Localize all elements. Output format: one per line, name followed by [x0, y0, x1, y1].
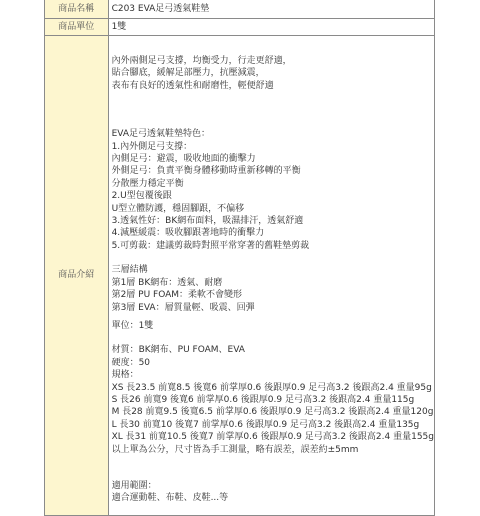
intro-layers: 三層結構 第1層 BK網布：透氣、耐磨 第2層 PU FOAM：柔軟不會變形 第…: [112, 264, 434, 314]
spec-line-m: M 長28 前寬9.5 後寬6.5 前掌厚0.6 後跟厚0.9 足弓高3.2 後…: [112, 406, 434, 418]
layers-title: 三層結構: [112, 264, 434, 276]
layer-line: 第1層 BK網布：透氣、耐磨: [112, 277, 434, 289]
feature-line: 1.內外側足弓支撐：: [112, 141, 434, 153]
feature-line: 2.U型包覆後跟: [112, 190, 434, 202]
summary-line: 貼合腳底，緩解足部壓力，抗壓減震，: [112, 67, 434, 79]
label-product-name: 商品名稱: [45, 0, 109, 19]
intro-unit: 單位：1雙: [112, 320, 434, 332]
spec-note: 以上單為公分，尺寸皆為手工測量，略有誤差，誤差約±5mm: [112, 444, 434, 456]
summary-line: 表布有良好的透氣性和耐磨性，輕便舒適: [112, 80, 434, 92]
value-product-name: C203 EVA足弓透氣鞋墊: [108, 0, 434, 19]
intro-features: EVA足弓透氣鞋墊特色： 1.內外側足弓支撐： 內側足弓：避震，吸收地面的衝擊力…: [112, 128, 434, 252]
unit-line: 單位：1雙: [112, 320, 434, 332]
layer-line: 第3層 EVA：層質量輕、吸震、回彈: [112, 302, 434, 314]
value-product-unit: 1雙: [108, 19, 434, 36]
spec-line-xl: XL 長31 前寬10.5 後寬7 前掌厚0.6 後跟厚0.9 足弓高3.2 後…: [112, 431, 434, 443]
feature-line: 5.可剪裁：建議剪裁時對照平常穿著的舊鞋墊剪裁: [112, 240, 434, 252]
feature-line: 內側足弓：避震，吸收地面的衝擊力: [112, 153, 434, 165]
spec-line-l: L 長30 前寬10 後寬7 前掌厚0.6 後跟厚0.9 足弓高3.2 後跟高2…: [112, 419, 434, 431]
material-line: 材質：BK網布、PU FOAM、EVA: [112, 344, 434, 356]
label-product-unit: 商品單位: [45, 19, 109, 36]
spec-line-s: S 長26 前寬9 後寬6 前掌厚0.6 後跟厚0.9 足弓高3.2 後跟高2.…: [112, 394, 434, 406]
intro-specs: 材質：BK網布、PU FOAM、EVA 硬度：50 規格： XS 長23.5 前…: [112, 344, 434, 456]
spec-line-xs: XS 長23.5 前寬8.5 後寬6 前掌厚0.6 後跟厚0.9 足弓高3.2 …: [112, 382, 434, 394]
feature-line: 3.透氣性好：BK網布面料，吸濕排汗，透氣舒適: [112, 215, 434, 227]
feature-line: 外側足弓：負責平衡身體移動時重新移轉的平衡: [112, 165, 434, 177]
feature-line: 4.減壓緩震：吸收腳跟著地時的衝擊力: [112, 227, 434, 239]
intro-summary: 內外兩側足弓支撐，均衡受力，行走更舒適， 貼合腳底，緩解足部壓力，抗壓減震， 表…: [112, 55, 434, 92]
spec-title: 規格：: [112, 369, 434, 381]
feature-line: 分散壓力穩定平衡: [112, 178, 434, 190]
label-product-intro: 商品介紹: [45, 36, 109, 481]
layer-line: 第2層 PU FOAM：柔軟不會變形: [112, 289, 434, 301]
summary-line: 內外兩側足弓支撐，均衡受力，行走更舒適，: [112, 55, 434, 67]
product-spec-table: 商品名稱 C203 EVA足弓透氣鞋墊 商品單位 1雙 商品介紹 內外兩側足弓支…: [44, 0, 435, 480]
value-product-intro: 內外兩側足弓支撐，均衡受力，行走更舒適， 貼合腳底，緩解足部壓力，抗壓減震， 表…: [108, 36, 434, 481]
row-product-name: 商品名稱 C203 EVA足弓透氣鞋墊: [45, 0, 435, 19]
features-title: EVA足弓透氣鞋墊特色：: [112, 128, 434, 140]
row-product-unit: 商品單位 1雙: [45, 19, 435, 36]
feature-line: U型立體防護，穩固腳跟，不偏移: [112, 203, 434, 215]
row-product-intro: 商品介紹 內外兩側足弓支撐，均衡受力，行走更舒適， 貼合腳底，緩解足部壓力，抗壓…: [45, 36, 435, 481]
hardness-line: 硬度：50: [112, 357, 434, 369]
